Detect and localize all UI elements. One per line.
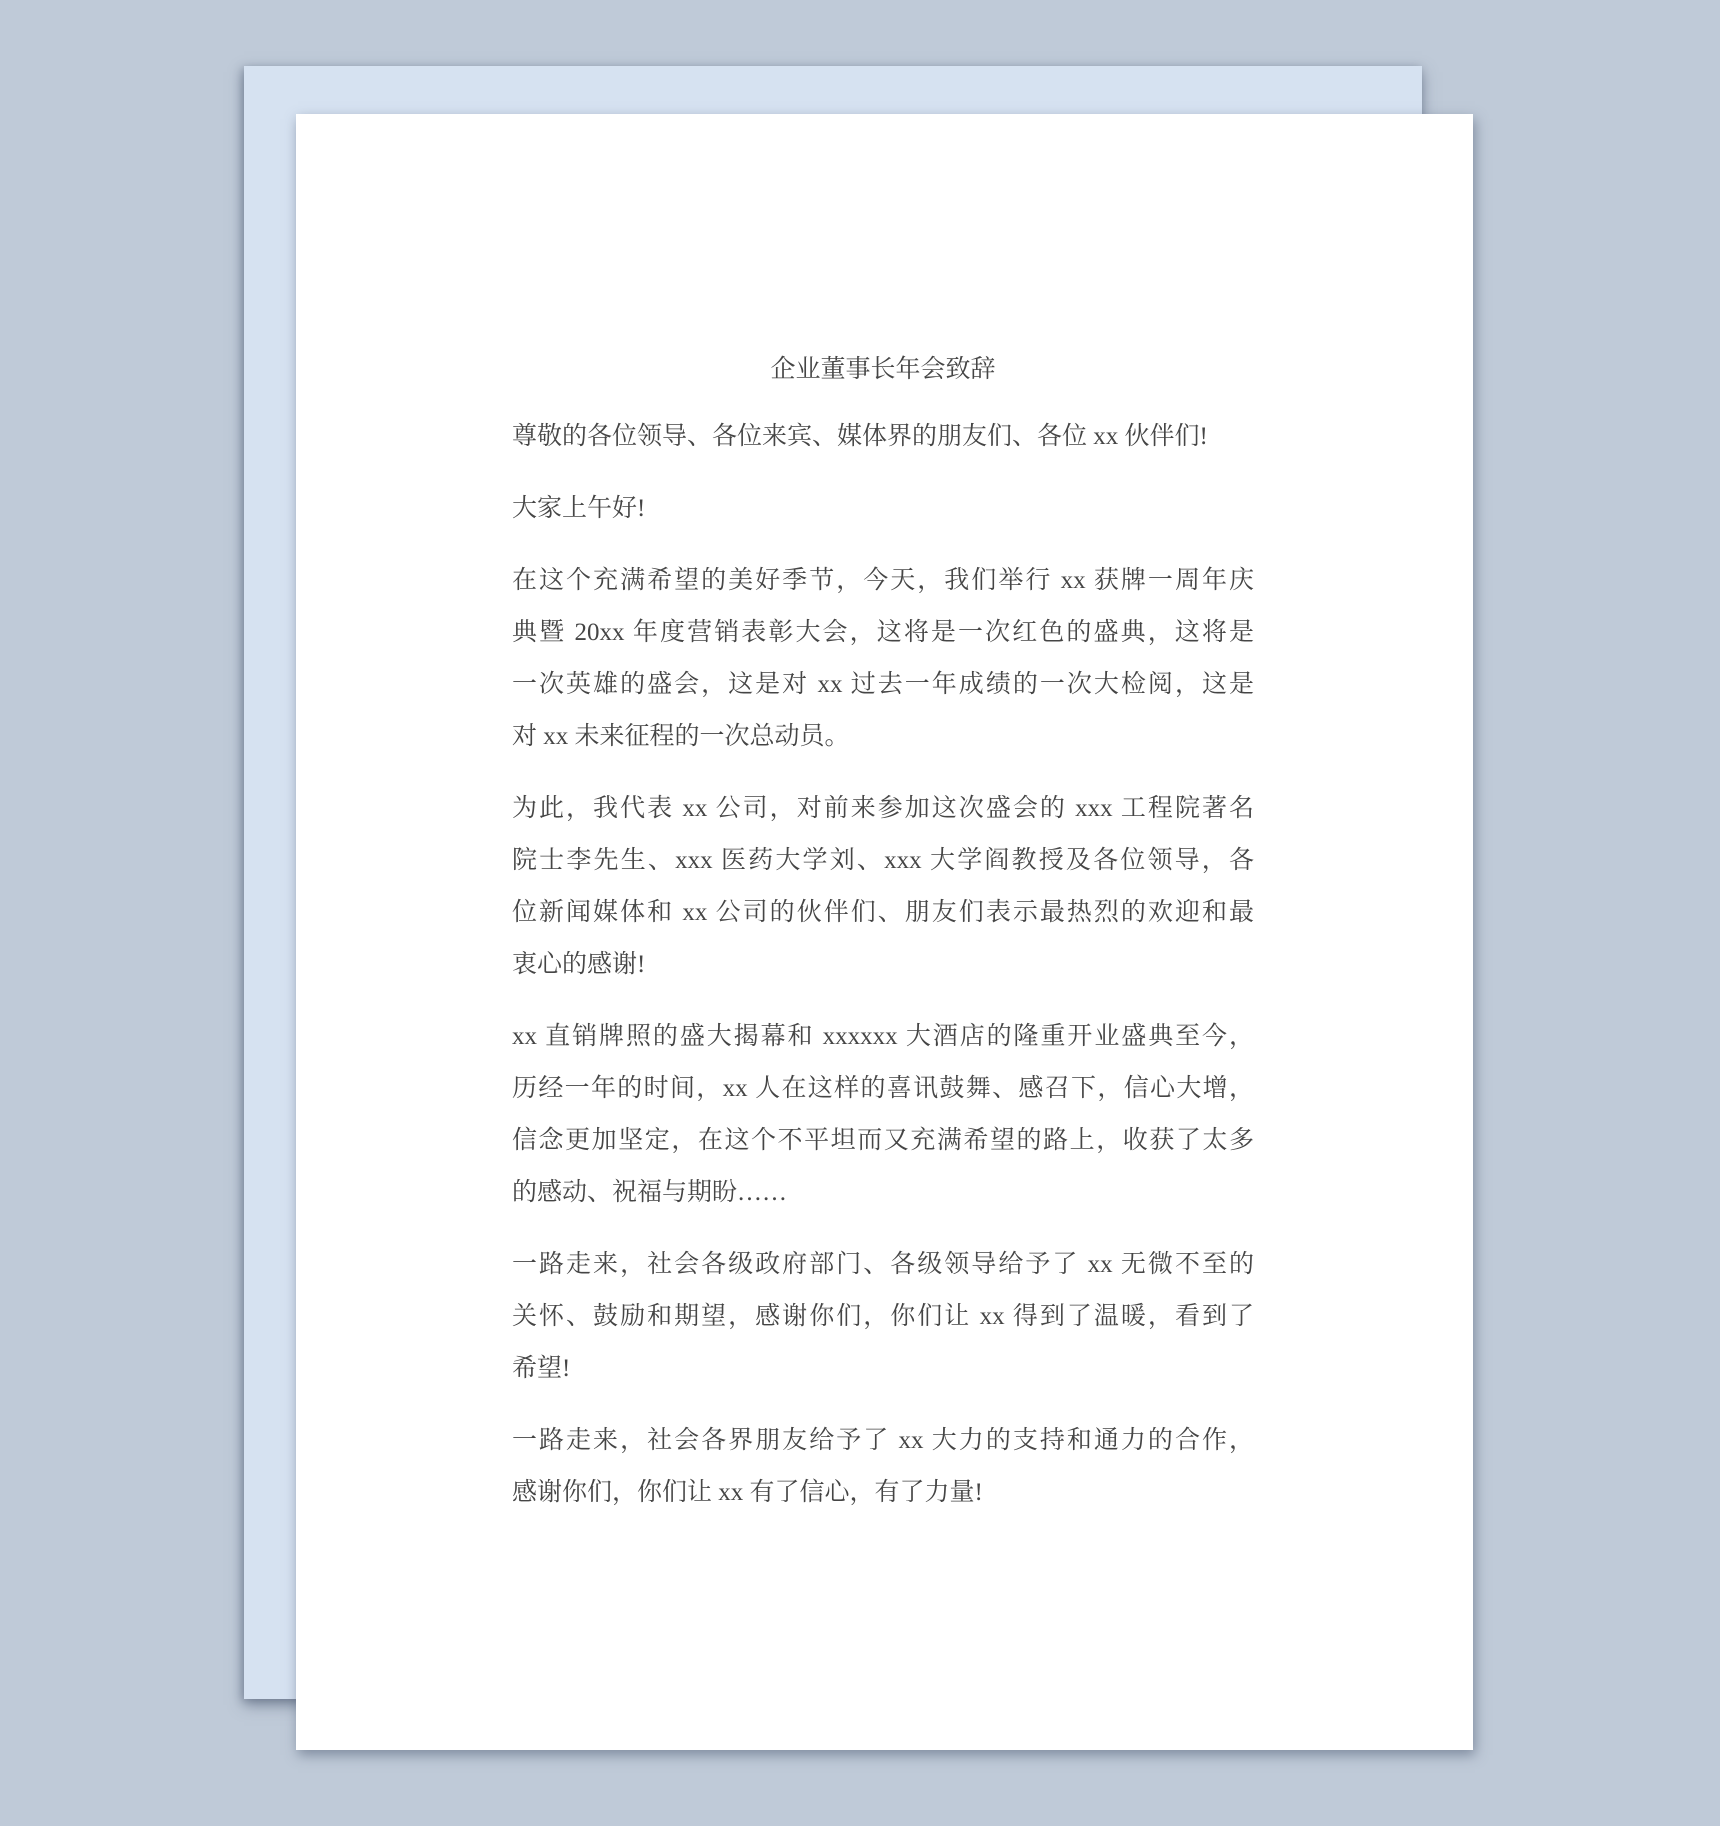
- paragraph: 大家上午好!: [512, 483, 1254, 535]
- text-line: 的感动、祝福与期盼……: [512, 1167, 1254, 1219]
- text-line: 信念更加坚定，在这个不平坦而又充满希望的路上，收获了太多: [512, 1115, 1254, 1167]
- paragraph: 为此，我代表 xx 公司，对前来参加这次盛会的 xxx 工程院著名院士李先生、x…: [512, 783, 1254, 991]
- text-line: 一路走来，社会各界朋友给予了 xx 大力的支持和通力的合作，: [512, 1415, 1254, 1467]
- paragraph: xx 直销牌照的盛大揭幕和 xxxxxx 大酒店的隆重开业盛典至今，历经一年的时…: [512, 1011, 1254, 1219]
- text-line: xx 直销牌照的盛大揭幕和 xxxxxx 大酒店的隆重开业盛典至今，: [512, 1011, 1254, 1063]
- text-line: 尊敬的各位领导、各位来宾、媒体界的朋友们、各位 xx 伙伴们!: [512, 411, 1254, 463]
- text-line: 大家上午好!: [512, 483, 1254, 535]
- text-line: 希望!: [512, 1343, 1254, 1395]
- text-line: 对 xx 未来征程的一次总动员。: [512, 711, 1254, 763]
- text-line: 关怀、鼓励和期望，感谢你们，你们让 xx 得到了温暖，看到了: [512, 1291, 1254, 1343]
- text-line: 一路走来，社会各级政府部门、各级领导给予了 xx 无微不至的: [512, 1239, 1254, 1291]
- document-content: 企业董事长年会致辞 尊敬的各位领导、各位来宾、媒体界的朋友们、各位 xx 伙伴们…: [296, 114, 1473, 1750]
- text-line: 感谢你们，你们让 xx 有了信心，有了力量!: [512, 1467, 1254, 1519]
- text-line: 历经一年的时间，xx 人在这样的喜讯鼓舞、感召下，信心大增，: [512, 1063, 1254, 1115]
- text-line: 位新闻媒体和 xx 公司的伙伴们、朋友们表示最热烈的欢迎和最: [512, 887, 1254, 939]
- front-page-sheet: 企业董事长年会致辞 尊敬的各位领导、各位来宾、媒体界的朋友们、各位 xx 伙伴们…: [296, 114, 1473, 1750]
- paragraph: 在这个充满希望的美好季节，今天，我们举行 xx 获牌一周年庆典暨 20xx 年度…: [512, 555, 1254, 763]
- document-title: 企业董事长年会致辞: [512, 350, 1254, 390]
- paragraph: 一路走来，社会各界朋友给予了 xx 大力的支持和通力的合作，感谢你们，你们让 x…: [512, 1415, 1254, 1519]
- text-line: 衷心的感谢!: [512, 939, 1254, 991]
- paragraph: 一路走来，社会各级政府部门、各级领导给予了 xx 无微不至的关怀、鼓励和期望，感…: [512, 1239, 1254, 1395]
- text-line: 院士李先生、xxx 医药大学刘、xxx 大学阎教授及各位领导，各: [512, 835, 1254, 887]
- paragraph: 尊敬的各位领导、各位来宾、媒体界的朋友们、各位 xx 伙伴们!: [512, 411, 1254, 463]
- text-line: 典暨 20xx 年度营销表彰大会，这将是一次红色的盛典，这将是: [512, 607, 1254, 659]
- text-line: 一次英雄的盛会，这是对 xx 过去一年成绩的一次大检阅，这是: [512, 659, 1254, 711]
- document-body: 尊敬的各位领导、各位来宾、媒体界的朋友们、各位 xx 伙伴们!大家上午好!在这个…: [512, 411, 1254, 1519]
- desk-background: 企业董事长年会致辞 尊敬的各位领导、各位来宾、媒体界的朋友们、各位 xx 伙伴们…: [0, 0, 1720, 1826]
- text-line: 在这个充满希望的美好季节，今天，我们举行 xx 获牌一周年庆: [512, 555, 1254, 607]
- text-line: 为此，我代表 xx 公司，对前来参加这次盛会的 xxx 工程院著名: [512, 783, 1254, 835]
